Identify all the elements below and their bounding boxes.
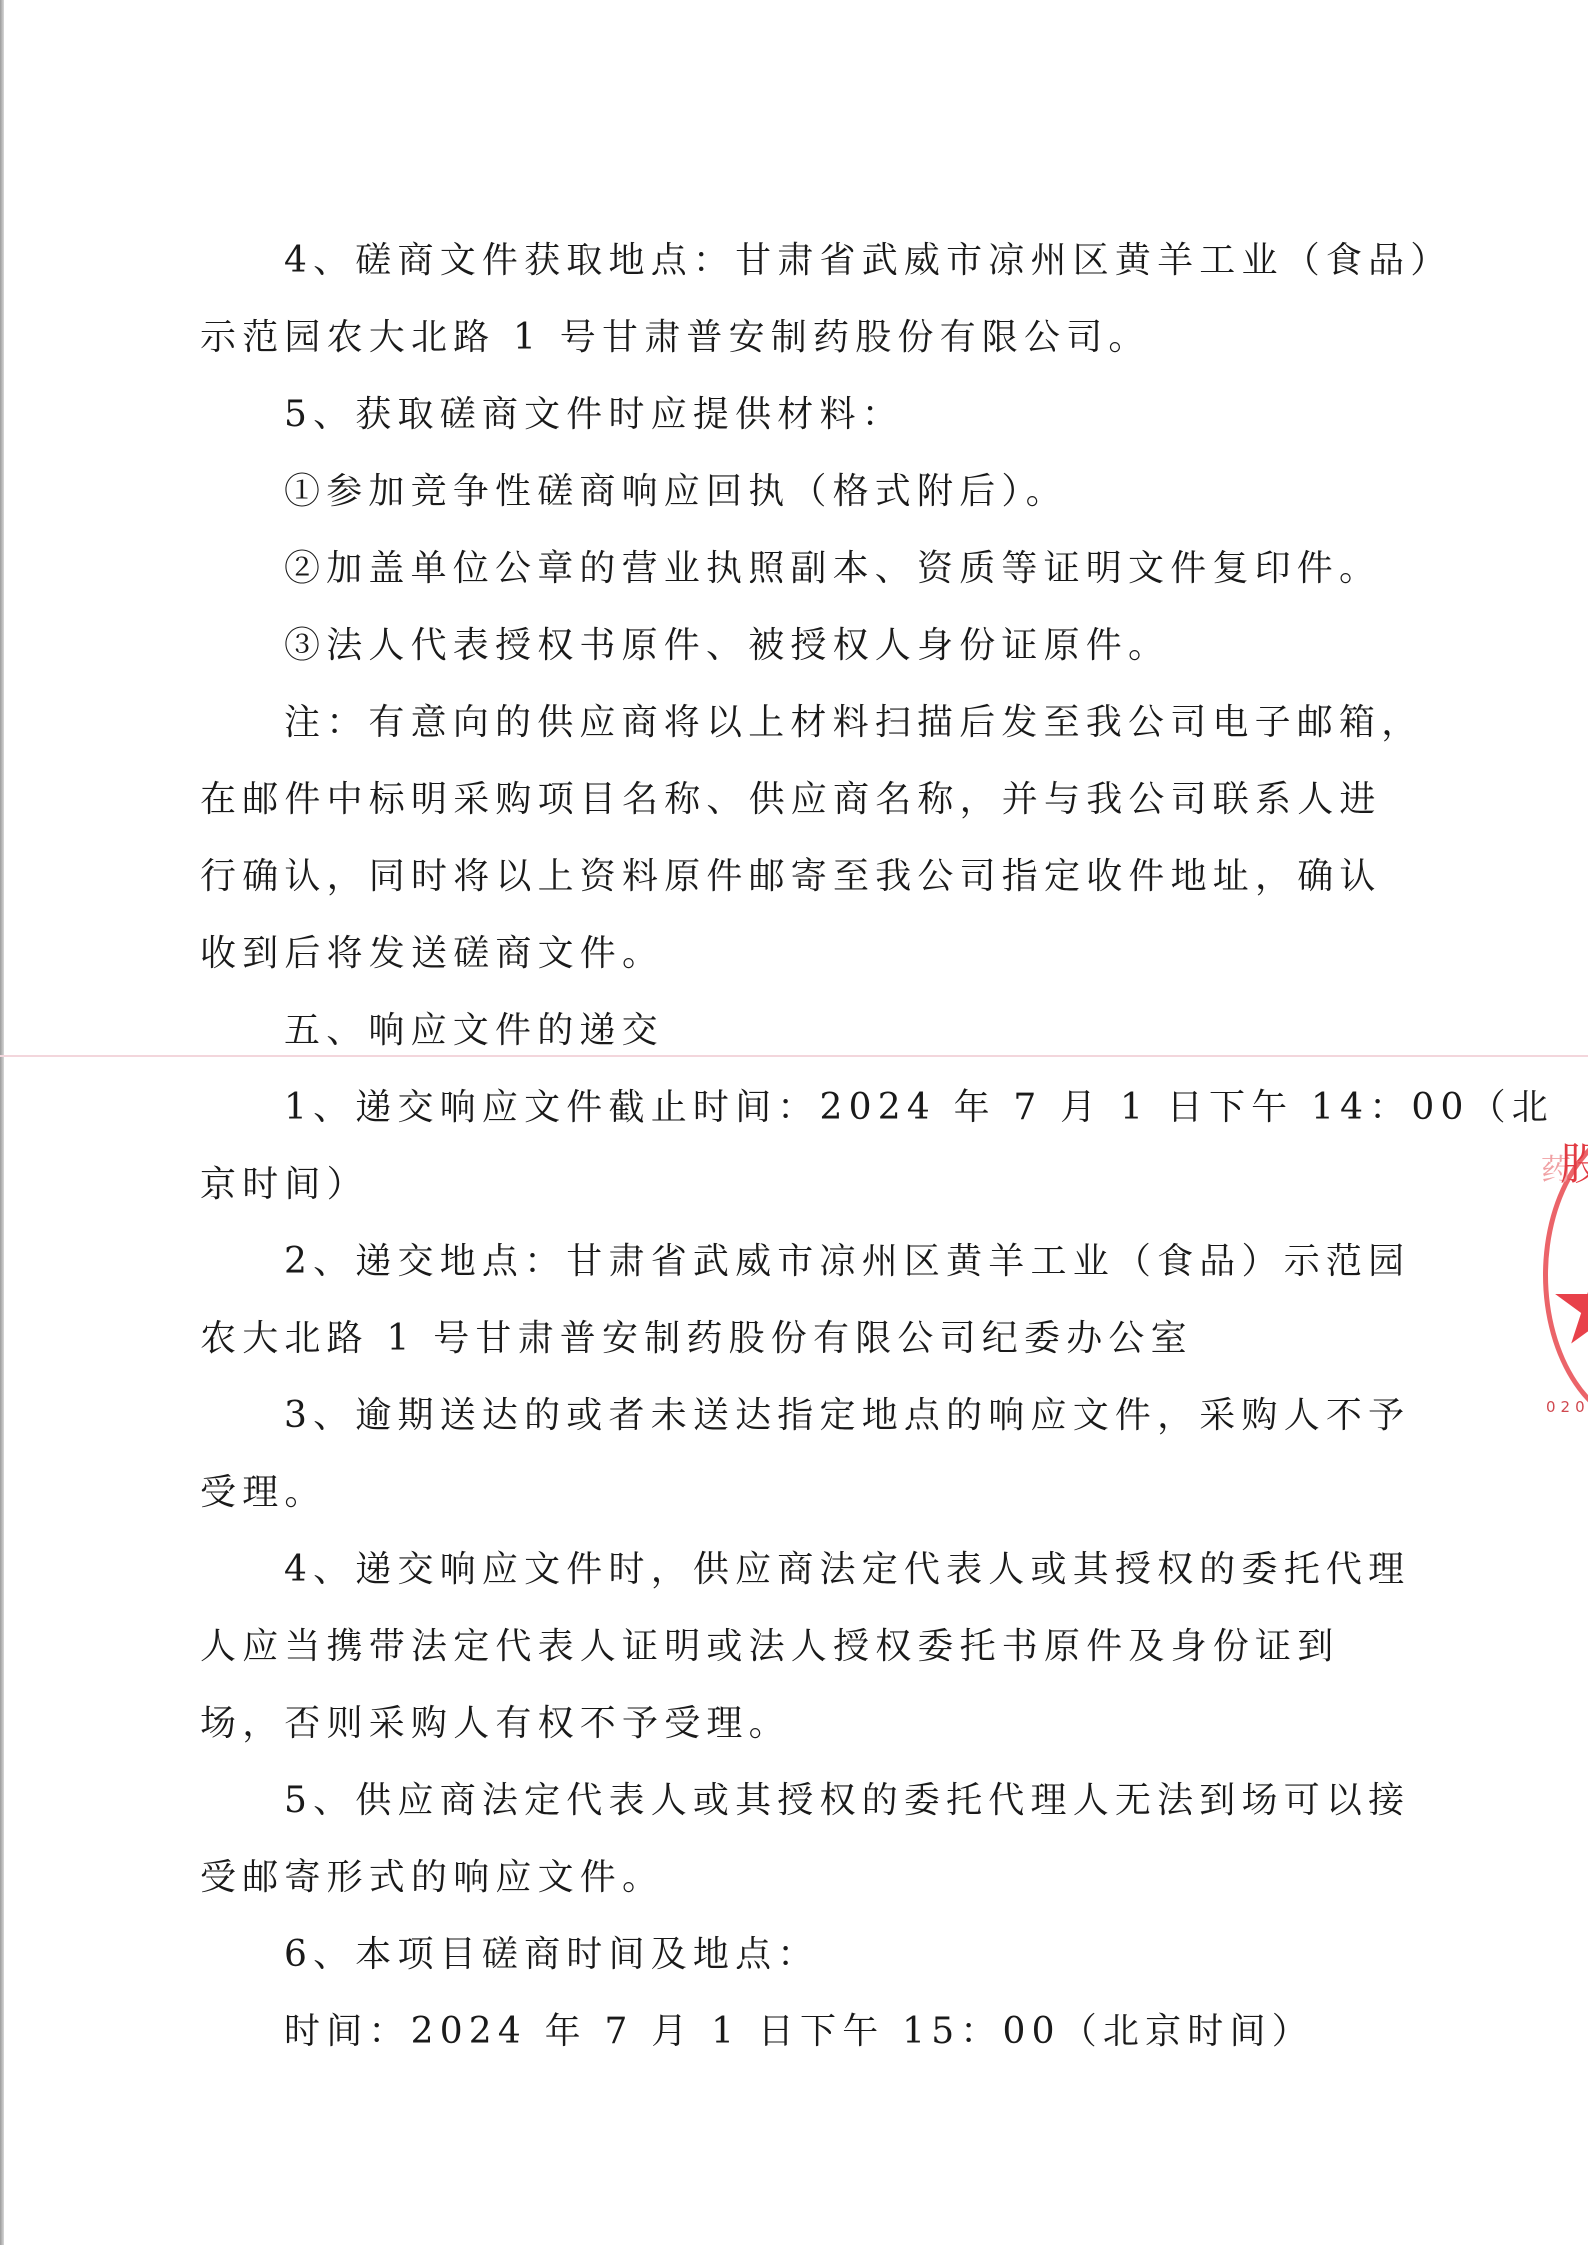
- text-line: 受理。: [200, 1454, 1410, 1531]
- paragraph-submission-deadline: 1、递交响应文件截止时间：2024 年 7 月 1 日下午 14：00（北 京时…: [200, 1069, 1410, 1223]
- section-title: 五、响应文件的递交: [200, 992, 1410, 1069]
- document-page: 4、磋商文件获取地点：甘肃省武威市凉州区黄羊工业（食品） 示范园农大北路 1 号…: [200, 222, 1410, 2070]
- paragraph-negotiation-time-place: 6、本项目磋商时间及地点：: [200, 1916, 1410, 1993]
- text-line: 示范园农大北路 1 号甘肃普安制药股份有限公司。: [200, 299, 1410, 376]
- text-line: 在邮件中标明采购项目名称、供应商名称，并与我公司联系人进: [200, 761, 1410, 838]
- text-line: 4、递交响应文件时，供应商法定代表人或其授权的委托代理: [200, 1531, 1410, 1608]
- text-line: 6、本项目磋商时间及地点：: [200, 1916, 1410, 1993]
- paragraph-representative: 4、递交响应文件时，供应商法定代表人或其授权的委托代理 人应当携带法定代表人证明…: [200, 1531, 1410, 1762]
- text-line: ①参加竞争性磋商响应回执（格式附后）。: [200, 453, 1410, 530]
- paragraph-item-4-location: 4、磋商文件获取地点：甘肃省武威市凉州区黄羊工业（食品） 示范园农大北路 1 号…: [200, 222, 1410, 376]
- text-line: 受邮寄形式的响应文件。: [200, 1839, 1410, 1916]
- text-line: 注：有意向的供应商将以上材料扫描后发至我公司电子邮箱，: [200, 684, 1410, 761]
- paragraph-material-2: ②加盖单位公章的营业执照副本、资质等证明文件复印件。: [200, 530, 1410, 607]
- text-line: 5、供应商法定代表人或其授权的委托代理人无法到场可以接: [200, 1762, 1410, 1839]
- text-line: 时间：2024 年 7 月 1 日下午 15：00（北京时间）: [200, 1993, 1410, 2070]
- text-line: ③法人代表授权书原件、被授权人身份证原件。: [200, 607, 1410, 684]
- paragraph-mail-submission: 5、供应商法定代表人或其授权的委托代理人无法到场可以接 受邮寄形式的响应文件。: [200, 1762, 1410, 1916]
- text-line: 1、递交响应文件截止时间：2024 年 7 月 1 日下午 14：00（北: [200, 1069, 1410, 1146]
- paragraph-material-1: ①参加竞争性磋商响应回执（格式附后）。: [200, 453, 1410, 530]
- seal-year-text: 020: [1546, 1398, 1588, 1416]
- text-line: 农大北路 1 号甘肃普安制药股份有限公司纪委办公室: [200, 1300, 1410, 1377]
- paragraph-note: 注：有意向的供应商将以上材料扫描后发至我公司电子邮箱， 在邮件中标明采购项目名称…: [200, 684, 1410, 992]
- paragraph-material-3: ③法人代表授权书原件、被授权人身份证原件。: [200, 607, 1410, 684]
- scan-left-edge: [0, 0, 4, 2245]
- seal-char: 股: [1560, 1128, 1588, 1192]
- section-heading-submission: 五、响应文件的递交: [200, 992, 1410, 1069]
- paragraph-negotiation-time: 时间：2024 年 7 月 1 日下午 15：00（北京时间）: [200, 1993, 1410, 2070]
- text-line: 场，否则采购人有权不予受理。: [200, 1685, 1410, 1762]
- text-line: 4、磋商文件获取地点：甘肃省武威市凉州区黄羊工业（食品）: [200, 222, 1410, 299]
- text-line: 收到后将发送磋商文件。: [200, 915, 1410, 992]
- text-line: 5、获取磋商文件时应提供材料：: [200, 376, 1410, 453]
- paragraph-late-submission: 3、逾期送达的或者未送达指定地点的响应文件，采购人不予 受理。: [200, 1377, 1410, 1531]
- paragraph-item-5-materials: 5、获取磋商文件时应提供材料：: [200, 376, 1410, 453]
- text-line: 行确认，同时将以上资料原件邮寄至我公司指定收件地址，确认: [200, 838, 1410, 915]
- seal-star-icon: ★: [1548, 1250, 1588, 1360]
- text-line: ②加盖单位公章的营业执照副本、资质等证明文件复印件。: [200, 530, 1410, 607]
- text-line: 3、逾期送达的或者未送达指定地点的响应文件，采购人不予: [200, 1377, 1410, 1454]
- text-line: 人应当携带法定代表人证明或法人授权委托书原件及身份证到: [200, 1608, 1410, 1685]
- paragraph-submission-location: 2、递交地点：甘肃省武威市凉州区黄羊工业（食品）示范园 农大北路 1 号甘肃普安…: [200, 1223, 1410, 1377]
- text-line: 2、递交地点：甘肃省武威市凉州区黄羊工业（食品）示范园: [200, 1223, 1410, 1300]
- text-line: 京时间）: [200, 1146, 1410, 1223]
